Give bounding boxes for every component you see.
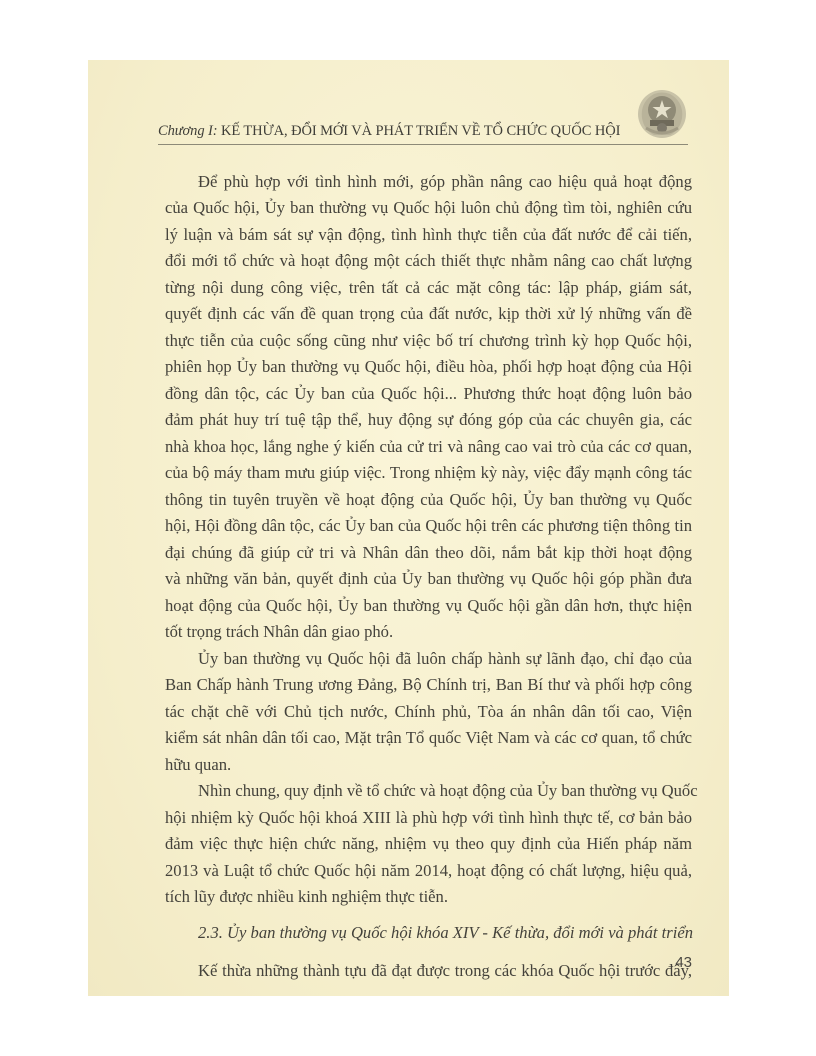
text-line: của bộ máy tham mưu giúp việc. Trong nhi…	[165, 462, 692, 484]
text-line: kiểm sát nhân dân tối cao, Mặt trận Tổ q…	[165, 727, 692, 749]
text-line: Để phù hợp với tình hình mới, góp phần n…	[198, 171, 692, 193]
text-line: thực tiễn của cuộc sống cũng như việc bố…	[165, 330, 692, 352]
text-line: Nhìn chung, quy định về tổ chức và hoạt …	[198, 780, 692, 802]
text-line: đồng dân tộc, các Ủy ban của Quốc hội...…	[165, 383, 692, 405]
text-line: đổi mới tổ chức và hoạt động một cách th…	[165, 250, 692, 272]
text-line: hội, Hội đồng dân tộc, các Ủy ban của Qu…	[165, 515, 692, 537]
chapter-heading: Chương I: KẾ THỪA, ĐỔI MỚI VÀ PHÁT TRIỂN…	[158, 123, 620, 140]
text-line: nhà khoa học, lắng nghe ý kiến của cử tr…	[165, 436, 692, 458]
text-line: hữu quan.	[165, 754, 692, 776]
document-page: Chương I: KẾ THỪA, ĐỔI MỚI VÀ PHÁT TRIỂN…	[88, 60, 729, 996]
section-heading: 2.3. Ủy ban thường vụ Quốc hội khóa XIV …	[198, 922, 692, 944]
chapter-label: Chương I:	[158, 123, 217, 139]
text-line: của Quốc hội, Ủy ban thường vụ Quốc hội …	[165, 197, 692, 219]
text-line: tốt trọng trách Nhân dân giao phó.	[165, 621, 692, 643]
text-line: Ban Chấp hành Trung ương Đảng, Bộ Chính …	[165, 674, 692, 696]
text-line: lý luận và bám sát sự vận động, tình hìn…	[165, 224, 692, 246]
text-line: và những văn bản, quyết định của Ủy ban …	[165, 568, 692, 590]
running-header: Chương I: KẾ THỪA, ĐỔI MỚI VÀ PHÁT TRIỂN…	[158, 120, 688, 145]
text-line: hoạt động của Quốc hội, Ủy ban thường vụ…	[165, 595, 692, 617]
text-line: đại chúng đã giúp cử tri và Nhân dân the…	[165, 542, 692, 564]
text-line: quyết định các vấn đề quan trọng của đất…	[165, 303, 692, 325]
text-line: thông tin tuyên truyền về hoạt động của …	[165, 489, 692, 511]
national-emblem-icon	[636, 88, 688, 140]
text-line: 2013 và Luật tổ chức Quốc hội năm 2014, …	[165, 860, 692, 882]
text-line: hội nhiệm kỳ Quốc hội khoá XIII là phù h…	[165, 807, 692, 829]
text-line: tác chặt chẽ với Chủ tịch nước, Chính ph…	[165, 701, 692, 723]
chapter-title: KẾ THỪA, ĐỔI MỚI VÀ PHÁT TRIỂN VỀ TỔ CHỨ…	[217, 123, 620, 139]
text-line: từng nội dung công việc, trên tất cả các…	[165, 277, 692, 299]
text-line: tích lũy được nhiều kinh nghiệm thực tiễ…	[165, 886, 692, 908]
text-line: đảm việc thực hiện chức năng, nhiệm vụ t…	[165, 833, 692, 855]
page-number: 43	[648, 954, 692, 971]
text-line: đảm phát huy trí tuệ tập thể, huy động s…	[165, 409, 692, 431]
text-line: Ủy ban thường vụ Quốc hội đã luôn chấp h…	[198, 648, 692, 670]
text-line: phiên họp Ủy ban thường vụ Quốc hội, điề…	[165, 356, 692, 378]
text-line: Kế thừa những thành tựu đã đạt được tron…	[198, 960, 692, 982]
